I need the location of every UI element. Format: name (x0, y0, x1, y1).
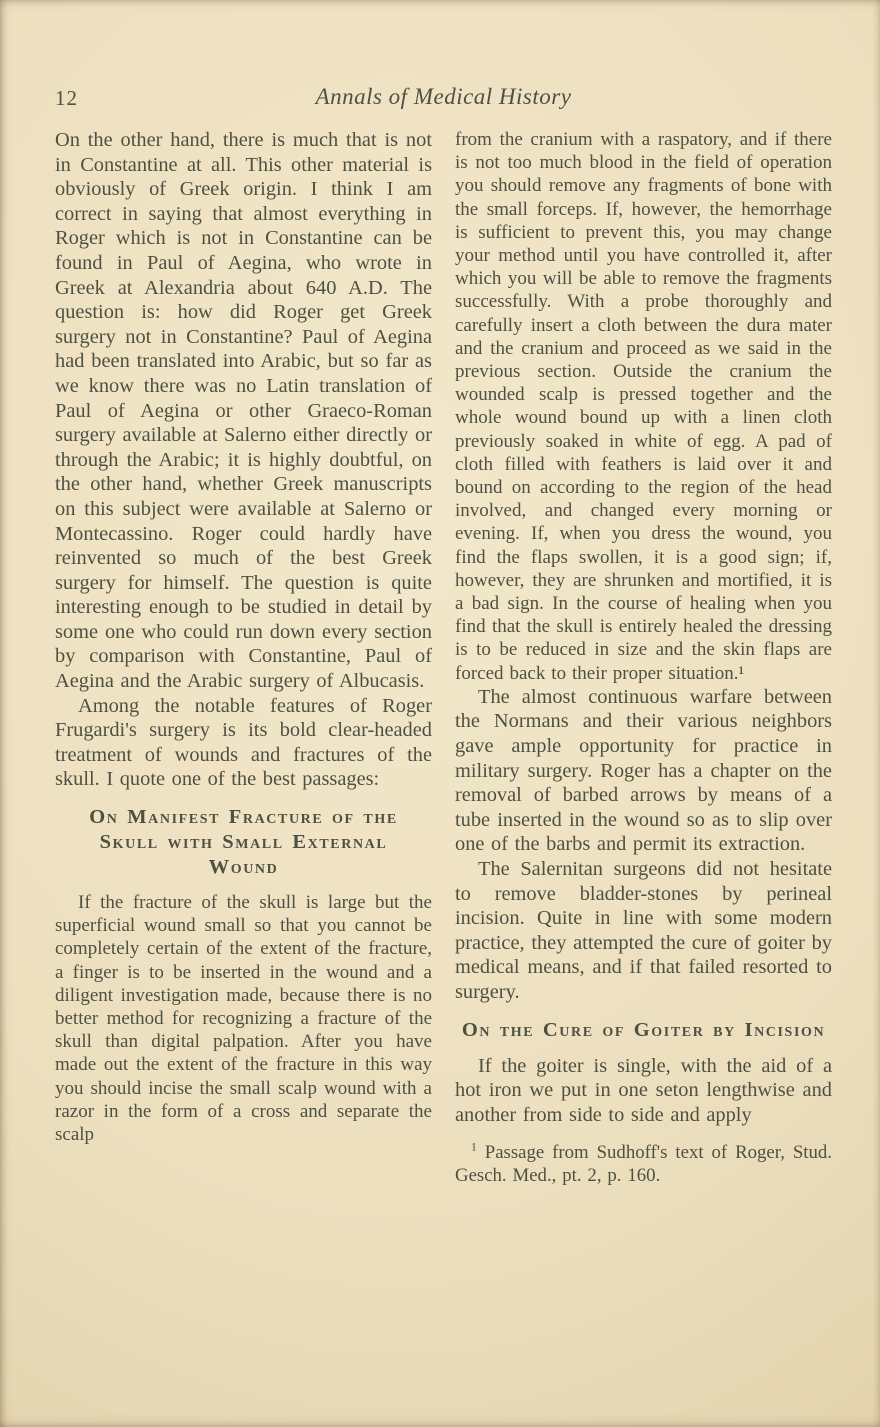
paragraph-goiter-seton: If the goiter is single, with the aid of… (455, 1054, 832, 1128)
paragraph-norman-warfare: The almost continuous warfare between th… (455, 685, 832, 857)
left-column: On the other hand, there is much that is… (55, 128, 432, 1206)
footnote: 1 Passage from Sudhoff's text of Roger, … (455, 1142, 832, 1187)
paragraph-salernitan-surgeons: The Salernitan surgeons did not hesitate… (455, 857, 832, 1005)
footnote-text: Passage from Sudhoff's text of Roger, St… (455, 1142, 832, 1186)
section-heading-goiter-incision: On the Cure of Goiter by Incision (461, 1018, 826, 1043)
right-column: from the cranium with a raspatory, and i… (455, 128, 832, 1206)
quote-paragraph-fracture-part2: from the cranium with a raspatory, and i… (455, 128, 832, 685)
quote-paragraph-fracture-part1: If the fracture of the skull is large bu… (55, 891, 432, 1146)
running-head: 12 Annals of Medical History (55, 84, 832, 112)
paragraph-frugardi-features: Among the notable features of Roger Frug… (55, 694, 432, 792)
paragraph-constantine-material: On the other hand, there is much that is… (55, 128, 432, 694)
book-page: 12 Annals of Medical History On the othe… (0, 0, 880, 1427)
text-columns: On the other hand, there is much that is… (55, 128, 832, 1206)
section-heading-manifest-fracture: On Manifest Fracture of the Skull with S… (61, 805, 426, 880)
journal-title: Annals of Medical History (55, 84, 832, 110)
